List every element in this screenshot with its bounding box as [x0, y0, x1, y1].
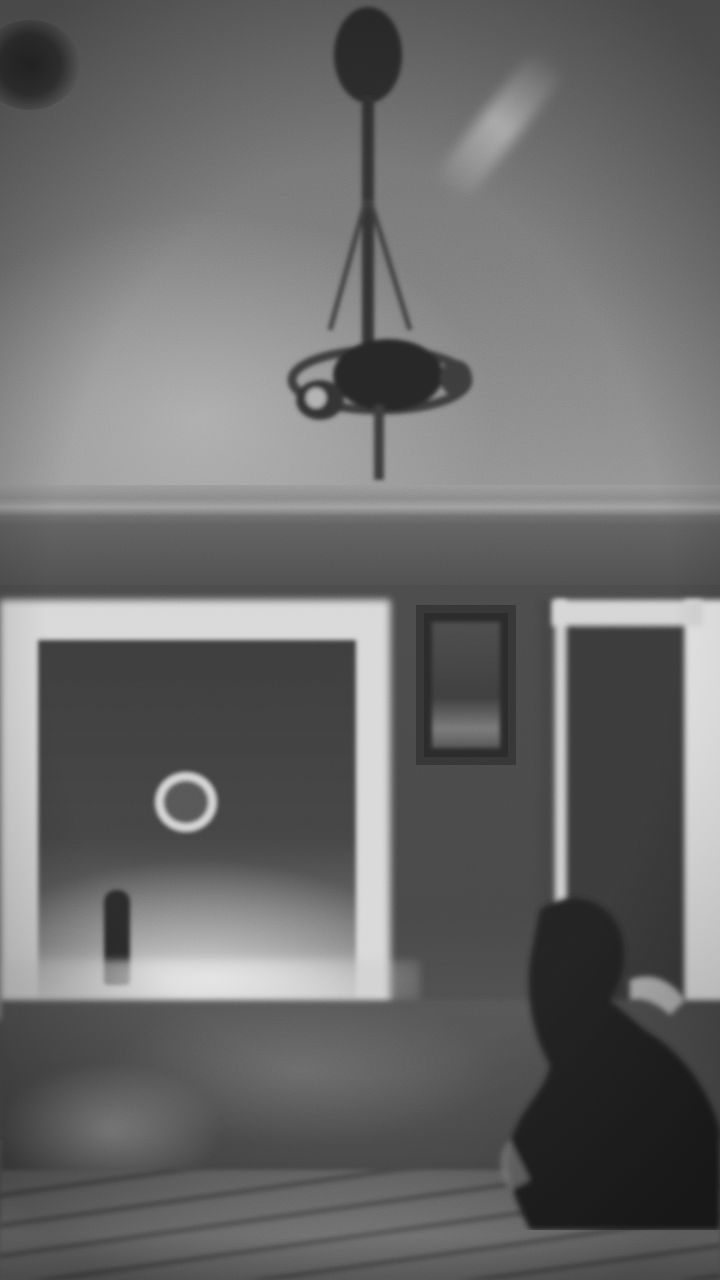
ring-light: [155, 772, 217, 832]
photo-scene: Dim interior room seen from a low angle:…: [0, 0, 720, 1280]
picture: [432, 622, 500, 748]
window-right-top: [552, 600, 702, 626]
chandelier: [270, 0, 500, 490]
cornice-highlight: [0, 498, 720, 516]
seated-person: [470, 890, 720, 1230]
